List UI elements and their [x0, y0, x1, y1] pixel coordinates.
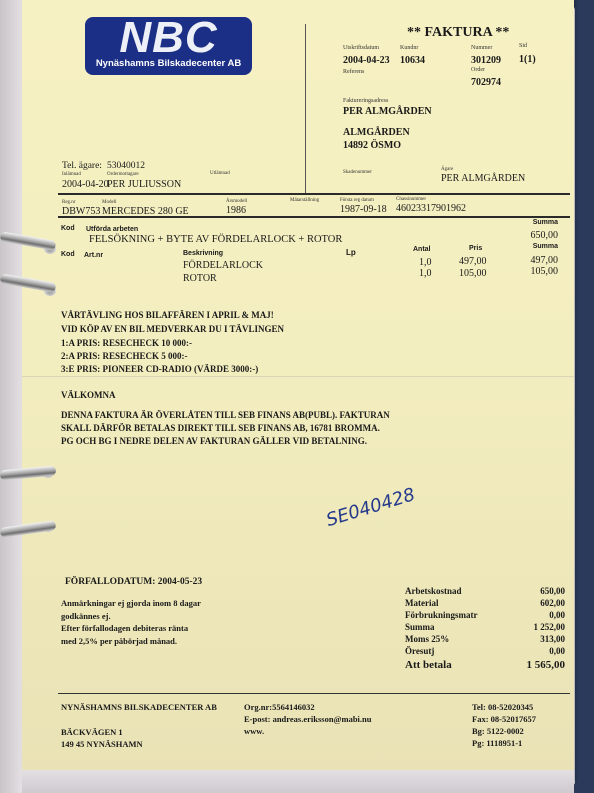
- label-matarstallning: Mätarställning: [290, 198, 319, 203]
- label-order: Order: [471, 67, 485, 73]
- value-arsmodell: 1986: [226, 205, 246, 216]
- footer-email: E-post: andreas.eriksson@mabi.nu: [244, 714, 371, 724]
- promo-line: VÅRTÄVLING HOS BILAFFÄREN I APRIL & MAJ!: [61, 310, 274, 320]
- terms-line: med 2,5% per påbörjad månad.: [61, 636, 177, 646]
- label-regnr: Reg.nr: [62, 200, 75, 205]
- part-antal: 1,0: [419, 268, 432, 279]
- paper-fold: [22, 376, 574, 378]
- part-antal: 1,0: [419, 257, 432, 268]
- billing-name: PER ALMGÅRDEN: [343, 106, 432, 117]
- footer-pg: Pg: 1118951-1: [472, 738, 522, 748]
- value-tel-owner: 53040012: [107, 161, 145, 171]
- header-antal: Antal: [413, 246, 431, 253]
- label-ordermottagare: Ordermottagare: [107, 172, 139, 177]
- header-kod: Kod: [61, 225, 75, 232]
- notice-line: DENNA FAKTURA ÄR ÖVERLÅTEN TILL SEB FINA…: [61, 410, 390, 420]
- label-kundnr: Kundnr: [400, 45, 418, 51]
- label-modell: Modell: [102, 200, 116, 205]
- terms-line: Anmärkningar ej gjorda inom 8 dagar: [61, 598, 201, 608]
- logo-subtitle: Nynäshamns Bilskadecenter AB: [85, 58, 252, 69]
- welcome-text: VÄLKOMNA: [61, 390, 116, 400]
- terms-line: godkännes ej.: [61, 611, 111, 621]
- label-nummer: Nummer: [471, 45, 492, 51]
- total-label: Arbetskostnad: [405, 586, 462, 596]
- promo-line: VID KÖP AV EN BIL MEDVERKAR DU I TÄVLING…: [61, 324, 284, 334]
- part-pris: 105,00: [459, 268, 487, 279]
- logo-text: NBC: [85, 13, 252, 63]
- total-label: Material: [405, 598, 438, 608]
- label-referens: Referens: [343, 69, 364, 75]
- footer-bg: Bg: 5122-0002: [472, 726, 524, 736]
- footer-divider: [58, 693, 570, 694]
- total-label: Öresutj: [405, 646, 434, 656]
- footer-tel: Tel: 08-52020345: [472, 702, 533, 712]
- pay-label: Att betala: [405, 659, 452, 671]
- value-utskriftsdatum: 2004-04-23: [343, 55, 390, 66]
- total-value: 313,00: [540, 634, 565, 644]
- billing-city: 14892 ÖSMO: [343, 140, 401, 151]
- part-beskrivning: ROTOR: [183, 273, 217, 284]
- company-logo: NBC Nynäshamns Bilskadecenter AB: [85, 17, 252, 75]
- notice-line: PG OCH BG I NEDRE DELEN AV FAKTURAN GÄLL…: [61, 436, 367, 446]
- paper-stack-edge: [22, 770, 574, 793]
- work-summa: 650,00: [531, 230, 559, 241]
- part-pris: 497,00: [459, 256, 487, 267]
- footer-company-name: NYNÄSHAMNS BILSKADECENTER AB: [61, 702, 217, 712]
- label-arsmodell: Årsmodell: [226, 199, 247, 204]
- terms-line: Efter förfallodagen debiteras ränta: [61, 623, 188, 633]
- value-kundnr: 10634: [400, 55, 425, 66]
- total-value: 602,00: [540, 598, 565, 608]
- divider: [58, 193, 570, 195]
- part-summa: 105,00: [531, 266, 559, 277]
- pay-value: 1 565,00: [527, 659, 566, 671]
- value-sid: 1(1): [519, 54, 536, 65]
- value-forsta-reg: 1987-09-18: [340, 204, 387, 215]
- label-utlamnad: Utlämnad: [210, 171, 230, 176]
- total-value: 650,00: [540, 586, 565, 596]
- promo-line: 3:E PRIS: PIONEER CD-RADIO (VÄRDE 3000:-…: [61, 364, 258, 374]
- work-description: FELSÖKNING + BYTE AV FÖRDELARLOCK + ROTO…: [89, 234, 342, 245]
- notice-line: SKALL DÄRFÖR BETALAS DIREKT TILL SEB FIN…: [61, 423, 380, 433]
- label-billing-address: Faktureringsadress: [343, 98, 388, 104]
- header-summa-work: Summa: [533, 219, 558, 226]
- divider: [58, 216, 570, 218]
- total-value: 0,00: [549, 610, 565, 620]
- label-utskriftsdatum: Utskriftsdatum: [343, 45, 379, 51]
- total-label: Moms 25%: [405, 634, 449, 644]
- label-inlamnad: Inlämnad: [62, 172, 81, 177]
- footer-city: 149 45 NYNÄSHAMN: [61, 739, 143, 749]
- total-value: 1 252,00: [534, 622, 566, 632]
- part-beskrivning: FÖRDELARLOCK: [183, 260, 263, 271]
- footer-www: www.: [244, 726, 264, 736]
- due-date: FÖRFALLODATUM: 2004-05-23: [65, 577, 202, 587]
- value-chassinummer: 46023317901962: [396, 203, 466, 214]
- header-lp: Lp: [346, 248, 356, 257]
- label-tel-owner: Tel. ägare:: [62, 161, 102, 171]
- value-agare: PER ALMGÅRDEN: [441, 173, 525, 184]
- header-artnr: Art.nr: [84, 252, 103, 259]
- value-ordermottagare: PER JULIUSSON: [107, 179, 181, 190]
- label-agare: Ägare: [441, 167, 453, 172]
- footer-orgnr: Org.nr:5564146032: [244, 702, 315, 712]
- label-skadenummer: Skadenummer: [343, 170, 372, 175]
- total-label: Summa: [405, 622, 435, 632]
- header-beskrivning: Beskrivning: [183, 250, 223, 257]
- footer-street: BÄCKVÄGEN 1: [61, 727, 123, 737]
- total-value: 0,00: [549, 646, 565, 656]
- header-kod-parts: Kod: [61, 251, 75, 258]
- header-pris: Pris: [469, 245, 482, 252]
- value-order: 702974: [471, 77, 501, 88]
- total-label: Förbrukningsmatr: [405, 610, 478, 620]
- label-chassinummer: Chassinummer: [396, 197, 426, 202]
- header-utforda-arbeten: Utförda arbeten: [86, 226, 138, 233]
- footer-fax: Fax: 08-52017657: [472, 714, 536, 724]
- part-summa: 497,00: [531, 255, 559, 266]
- label-forsta-reg: Första reg datum: [340, 198, 374, 203]
- promo-line: 1:A PRIS: RESECHECK 10 000:-: [61, 338, 192, 348]
- label-sid: Sid: [519, 43, 527, 49]
- header-summa-parts: Summa: [533, 243, 558, 250]
- header-divider: [305, 24, 306, 194]
- invoice-title: ** FAKTURA **: [407, 25, 509, 41]
- value-inlamnad: 2004-04-20: [62, 179, 109, 190]
- value-nummer: 301209: [471, 55, 501, 66]
- billing-street: ALMGÅRDEN: [343, 127, 410, 138]
- promo-line: 2:A PRIS: RESECHECK 5 000:-: [61, 351, 188, 361]
